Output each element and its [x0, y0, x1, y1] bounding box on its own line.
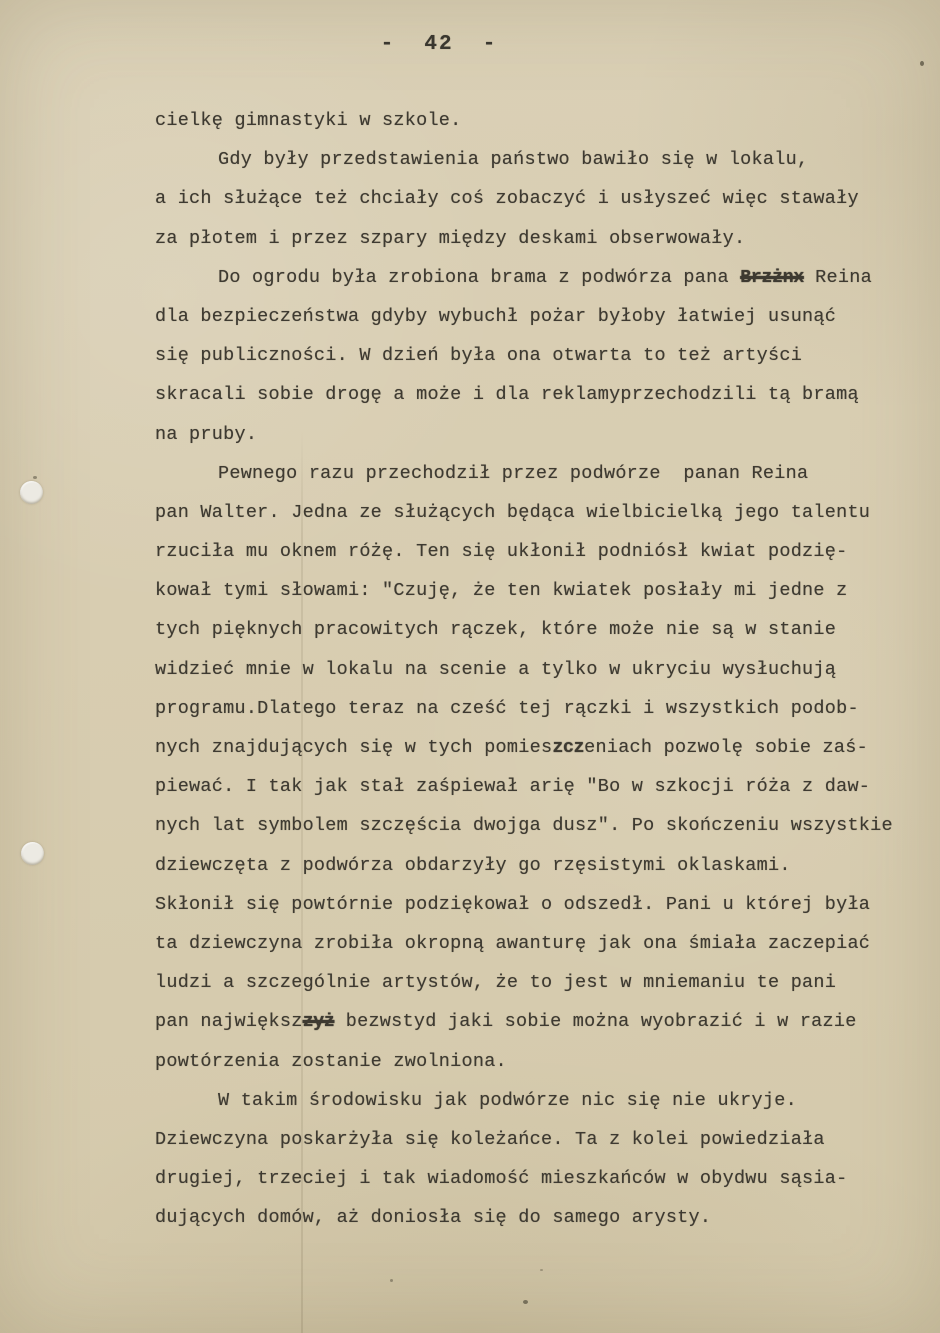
text-segment: na pruby.: [155, 424, 257, 445]
text-line: Pewnego razu przechodził przez podwórze …: [155, 454, 885, 493]
text-line: powtórzenia zostanie zwolniona.: [155, 1042, 885, 1081]
text-segment: dziewczęta z podwórza obdarzyły go rzęsi…: [155, 855, 791, 876]
text-segment-bold: zcz: [552, 737, 584, 758]
text-segment: Do ogrodu była zrobiona brama z podwórza…: [218, 267, 740, 288]
text-segment: pan Walter. Jedna ze służących będąca wi…: [155, 502, 870, 523]
paper-crease: [301, 430, 303, 1333]
text-segment: kował tymi słowami: "Czuję, że ten kwiat…: [155, 580, 847, 601]
text-line: dziewczęta z podwórza obdarzyły go rzęsi…: [155, 846, 885, 885]
text-segment: widzieć mnie w lokalu na scenie a tylko …: [155, 659, 836, 680]
scanned-document-page: - 42 - cielkę gimnastyki w szkole.Gdy by…: [0, 0, 940, 1333]
text-segment: pan największ: [155, 1011, 303, 1032]
punch-hole-bottom: [21, 842, 44, 865]
text-line: tych pięknych pracowitych rączek, które …: [155, 610, 885, 649]
text-line: programu.Dlatego teraz na cześć tej rącz…: [155, 689, 885, 728]
text-segment: Gdy były przedstawienia państwo bawiło s…: [218, 149, 808, 170]
text-segment: ta dziewczyna zrobiła okropną awanturę j…: [155, 933, 870, 954]
text-segment: dujących domów, aż doniosła się do sameg…: [155, 1207, 711, 1228]
text-line: nych lat symbolem szczęścia dwojga dusz"…: [155, 806, 885, 845]
text-line: W takim środowisku jak podwórze nic się …: [155, 1081, 885, 1120]
text-line: widzieć mnie w lokalu na scenie a tylko …: [155, 650, 885, 689]
paper-speck: [523, 1300, 528, 1304]
text-line: dujących domów, aż doniosła się do sameg…: [155, 1198, 885, 1237]
text-segment: piewać. I tak jak stał zaśpiewał arię "B…: [155, 776, 870, 797]
text-line: kował tymi słowami: "Czuję, że ten kwiat…: [155, 571, 885, 610]
text-segment: cielkę gimnastyki w szkole.: [155, 110, 462, 131]
text-line: się publiczności. W dzień była ona otwar…: [155, 336, 885, 375]
text-line: piewać. I tak jak stał zaśpiewał arię "B…: [155, 767, 885, 806]
text-segment: za płotem i przez szpary między deskami …: [155, 228, 745, 249]
text-segment-strike: Brzżnx: [740, 267, 804, 288]
text-segment: rzuciła mu oknem różę. Ten się ukłonił p…: [155, 541, 847, 562]
text-segment: bezwstyd jaki sobie można wyobrazić i w …: [334, 1011, 856, 1032]
text-line: pan Walter. Jedna ze służących będąca wi…: [155, 493, 885, 532]
text-segment: nych lat symbolem szczęścia dwojga dusz"…: [155, 815, 893, 836]
text-line: na pruby.: [155, 415, 885, 454]
paper-speck: [920, 61, 924, 66]
text-line: nych znajdujących się w tych pomieszczen…: [155, 728, 885, 767]
text-segment: się publiczności. W dzień była ona otwar…: [155, 345, 802, 366]
text-line: rzuciła mu oknem różę. Ten się ukłonił p…: [155, 532, 885, 571]
text-segment: powtórzenia zostanie zwolniona.: [155, 1051, 507, 1072]
text-line: Do ogrodu była zrobiona brama z podwórza…: [155, 258, 885, 297]
text-segment: Skłonił się powtórnie podziękował o odsz…: [155, 894, 870, 915]
text-segment: W takim środowisku jak podwórze nic się …: [218, 1090, 797, 1111]
paper-speck: [390, 1279, 393, 1282]
page-number: - 42 -: [0, 33, 878, 56]
text-segment-strike: zyż: [303, 1011, 335, 1032]
text-segment: nych znajdujących się w tych pomies: [155, 737, 552, 758]
punch-hole-top: [20, 481, 43, 504]
paper-speck: [540, 1269, 543, 1271]
text-segment: Reina: [804, 267, 872, 288]
text-segment: skracali sobie drogę a może i dla reklam…: [155, 384, 859, 405]
text-line: cielkę gimnastyki w szkole.: [155, 101, 885, 140]
text-line: pan największzyż bezwstyd jaki sobie moż…: [155, 1002, 885, 1041]
text-line: za płotem i przez szpary między deskami …: [155, 219, 885, 258]
text-line: ludzi a szczególnie artystów, że to jest…: [155, 963, 885, 1002]
text-line: dla bezpieczeństwa gdyby wybuchł pożar b…: [155, 297, 885, 336]
text-line: drugiej, trzeciej i tak wiadomość mieszk…: [155, 1159, 885, 1198]
text-segment: drugiej, trzeciej i tak wiadomość mieszk…: [155, 1168, 847, 1189]
text-line: skracali sobie drogę a może i dla reklam…: [155, 375, 885, 414]
text-line: a ich służące też chciały coś zobaczyć i…: [155, 179, 885, 218]
text-line: Dziewczyna poskarżyła się koleżańce. Ta …: [155, 1120, 885, 1159]
typed-text: cielkę gimnastyki w szkole.Gdy były prze…: [155, 101, 885, 1237]
text-segment: tych pięknych pracowitych rączek, które …: [155, 619, 836, 640]
text-segment: ludzi a szczególnie artystów, że to jest…: [155, 972, 836, 993]
text-segment: Pewnego razu przechodził przez podwórze …: [218, 463, 808, 484]
text-segment: programu.Dlatego teraz na cześć tej rącz…: [155, 698, 859, 719]
text-segment: dla bezpieczeństwa gdyby wybuchł pożar b…: [155, 306, 836, 327]
paper-speck: [33, 476, 37, 479]
text-line: Gdy były przedstawienia państwo bawiło s…: [155, 140, 885, 179]
text-segment: Dziewczyna poskarżyła się koleżańce. Ta …: [155, 1129, 825, 1150]
text-segment: eniach pozwolę sobie zaś-: [584, 737, 868, 758]
text-line: ta dziewczyna zrobiła okropną awanturę j…: [155, 924, 885, 963]
text-line: Skłonił się powtórnie podziękował o odsz…: [155, 885, 885, 924]
text-segment: a ich służące też chciały coś zobaczyć i…: [155, 188, 859, 209]
